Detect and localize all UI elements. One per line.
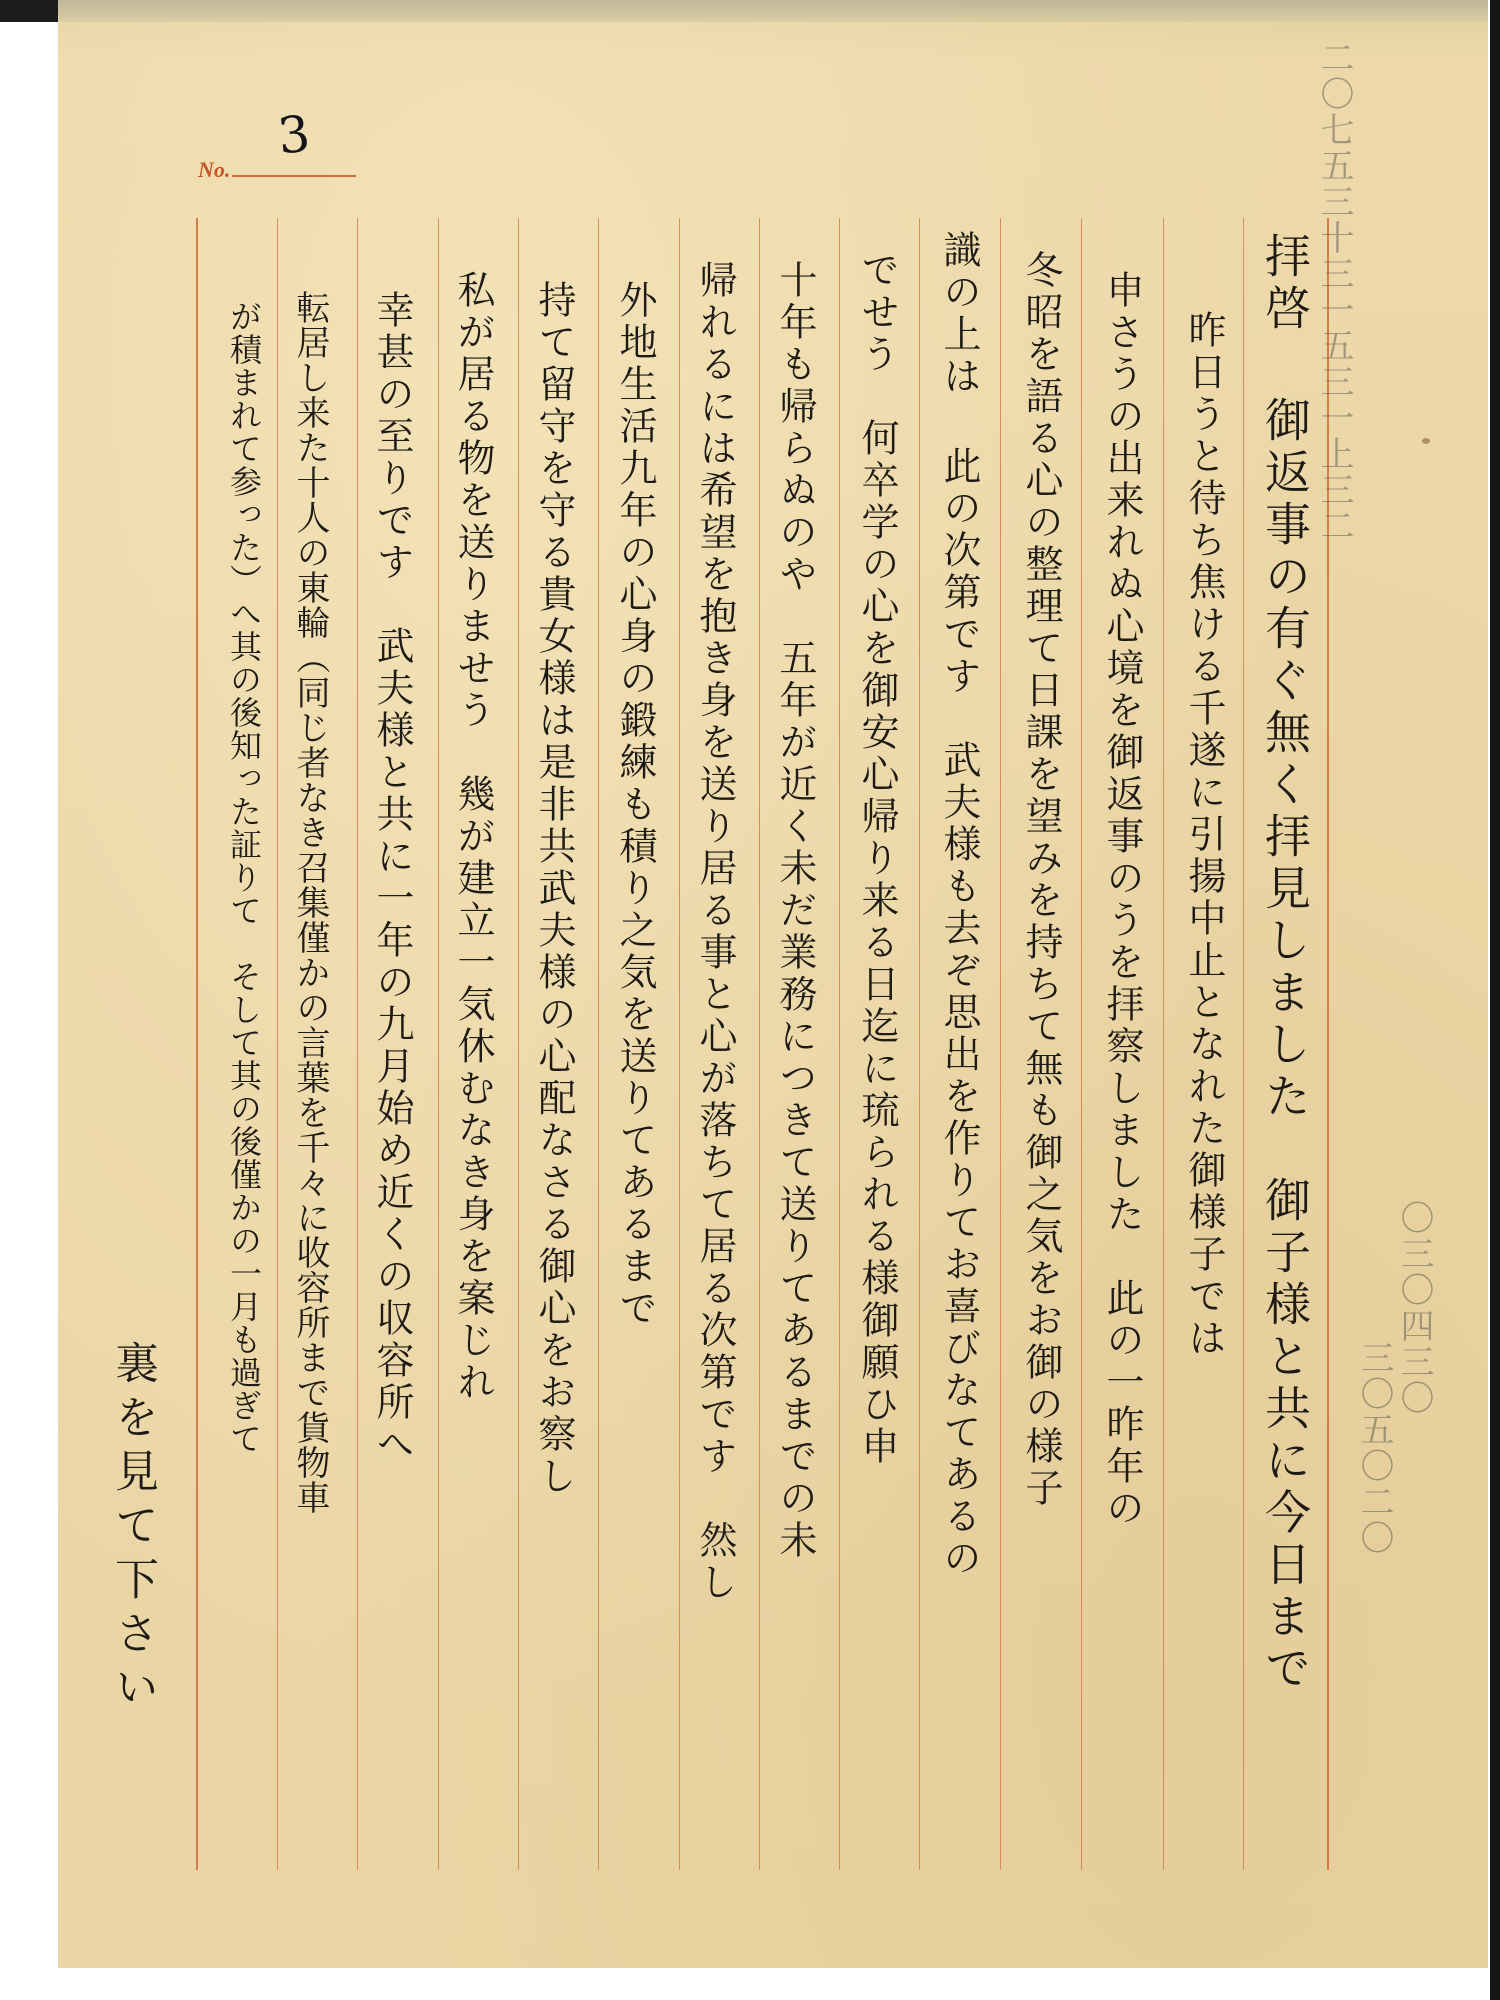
manuscript-column-3: 申さうの出来れぬ心境を御返事のうを拝察しました 此の一昨年の bbox=[1103, 270, 1141, 1530]
pencil-annotation: 三〇五〇二〇 bbox=[1350, 1340, 1399, 1556]
manuscript-column-14: が積まれて参った）へ其の後知った証りて そして其の後僅かの一月も過ぎて bbox=[228, 300, 260, 1455]
ruled-line bbox=[839, 218, 840, 1870]
ruled-line bbox=[1243, 218, 1244, 1870]
paper-top-band bbox=[58, 0, 1488, 22]
page-number-underline bbox=[232, 175, 356, 177]
ruled-line bbox=[277, 218, 278, 1870]
scan-border-top bbox=[0, 0, 60, 22]
ruled-line bbox=[518, 218, 519, 1870]
manuscript-column-11: 私が居る物を送りませう 幾が建立一気休むなき身を案じれ bbox=[454, 270, 492, 1404]
page-number-value: 3 bbox=[275, 104, 313, 165]
manuscript-column-6: でせう 何卒学の心を御安心帰り来る日迄に琉られる様御願ひ申 bbox=[858, 250, 896, 1468]
manuscript-column-8: 帰れるには希望を抱き身を送り居る事と心が落ちて居る次第です 然し bbox=[696, 260, 734, 1604]
pencil-annotation: 二〇七五三十三一五三一上三二 bbox=[1310, 40, 1359, 544]
ruled-line bbox=[919, 218, 920, 1870]
ruled-line bbox=[438, 218, 439, 1870]
ruled-line bbox=[357, 218, 358, 1870]
manuscript-column-10: 持て留守を守る貴女様は是非共武夫様の心配なさる御心をお察し bbox=[535, 280, 573, 1498]
ruled-line bbox=[1163, 218, 1164, 1870]
paper-stain bbox=[1422, 438, 1430, 444]
manuscript-column-9: 外地生活九年の心身の鍛練も積り之気を送りてあるまで bbox=[616, 280, 654, 1330]
manuscript-column-5: 識の上は 此の次第です 武夫様も去ぞ思出を作りてお喜びなてあるの bbox=[940, 230, 978, 1580]
page-number-label: No. bbox=[198, 157, 230, 183]
manuscript-column-1: 拝啓 御返事の有ぐ無く拝見しました 御子様と共に今日まで bbox=[1262, 232, 1308, 1696]
manuscript-column-13: 転居し来た十人の東輪（同じ者なき召集僅かの言葉を千々に收容所まで貨物車 bbox=[293, 290, 327, 1515]
manuscript-column-12: 幸甚の至りです 武夫様と共に一年の九月始め近くの収容所へ bbox=[373, 290, 411, 1466]
closing-note: 裏を見て下さい bbox=[110, 1340, 154, 1718]
ruled-line bbox=[679, 218, 680, 1870]
ruled-line bbox=[1000, 218, 1001, 1870]
ruled-line bbox=[1081, 218, 1082, 1870]
ruled-line bbox=[759, 218, 760, 1870]
manuscript-column-4: 冬昭を語る心の整理て日課を望みを持ちて無も御之気をお御の様子 bbox=[1022, 250, 1060, 1510]
manuscript-column-2: 昨日うと待ち焦ける千遂に引揚中止となれた御様子では bbox=[1185, 310, 1223, 1360]
ruled-line bbox=[196, 218, 198, 1870]
scan-border-right bbox=[1490, 0, 1500, 2000]
ruled-line bbox=[598, 218, 599, 1870]
manuscript-column-7: 十年も帰らぬのや 五年が近く未だ業務につきて送りてあるまでの未 bbox=[776, 260, 814, 1562]
